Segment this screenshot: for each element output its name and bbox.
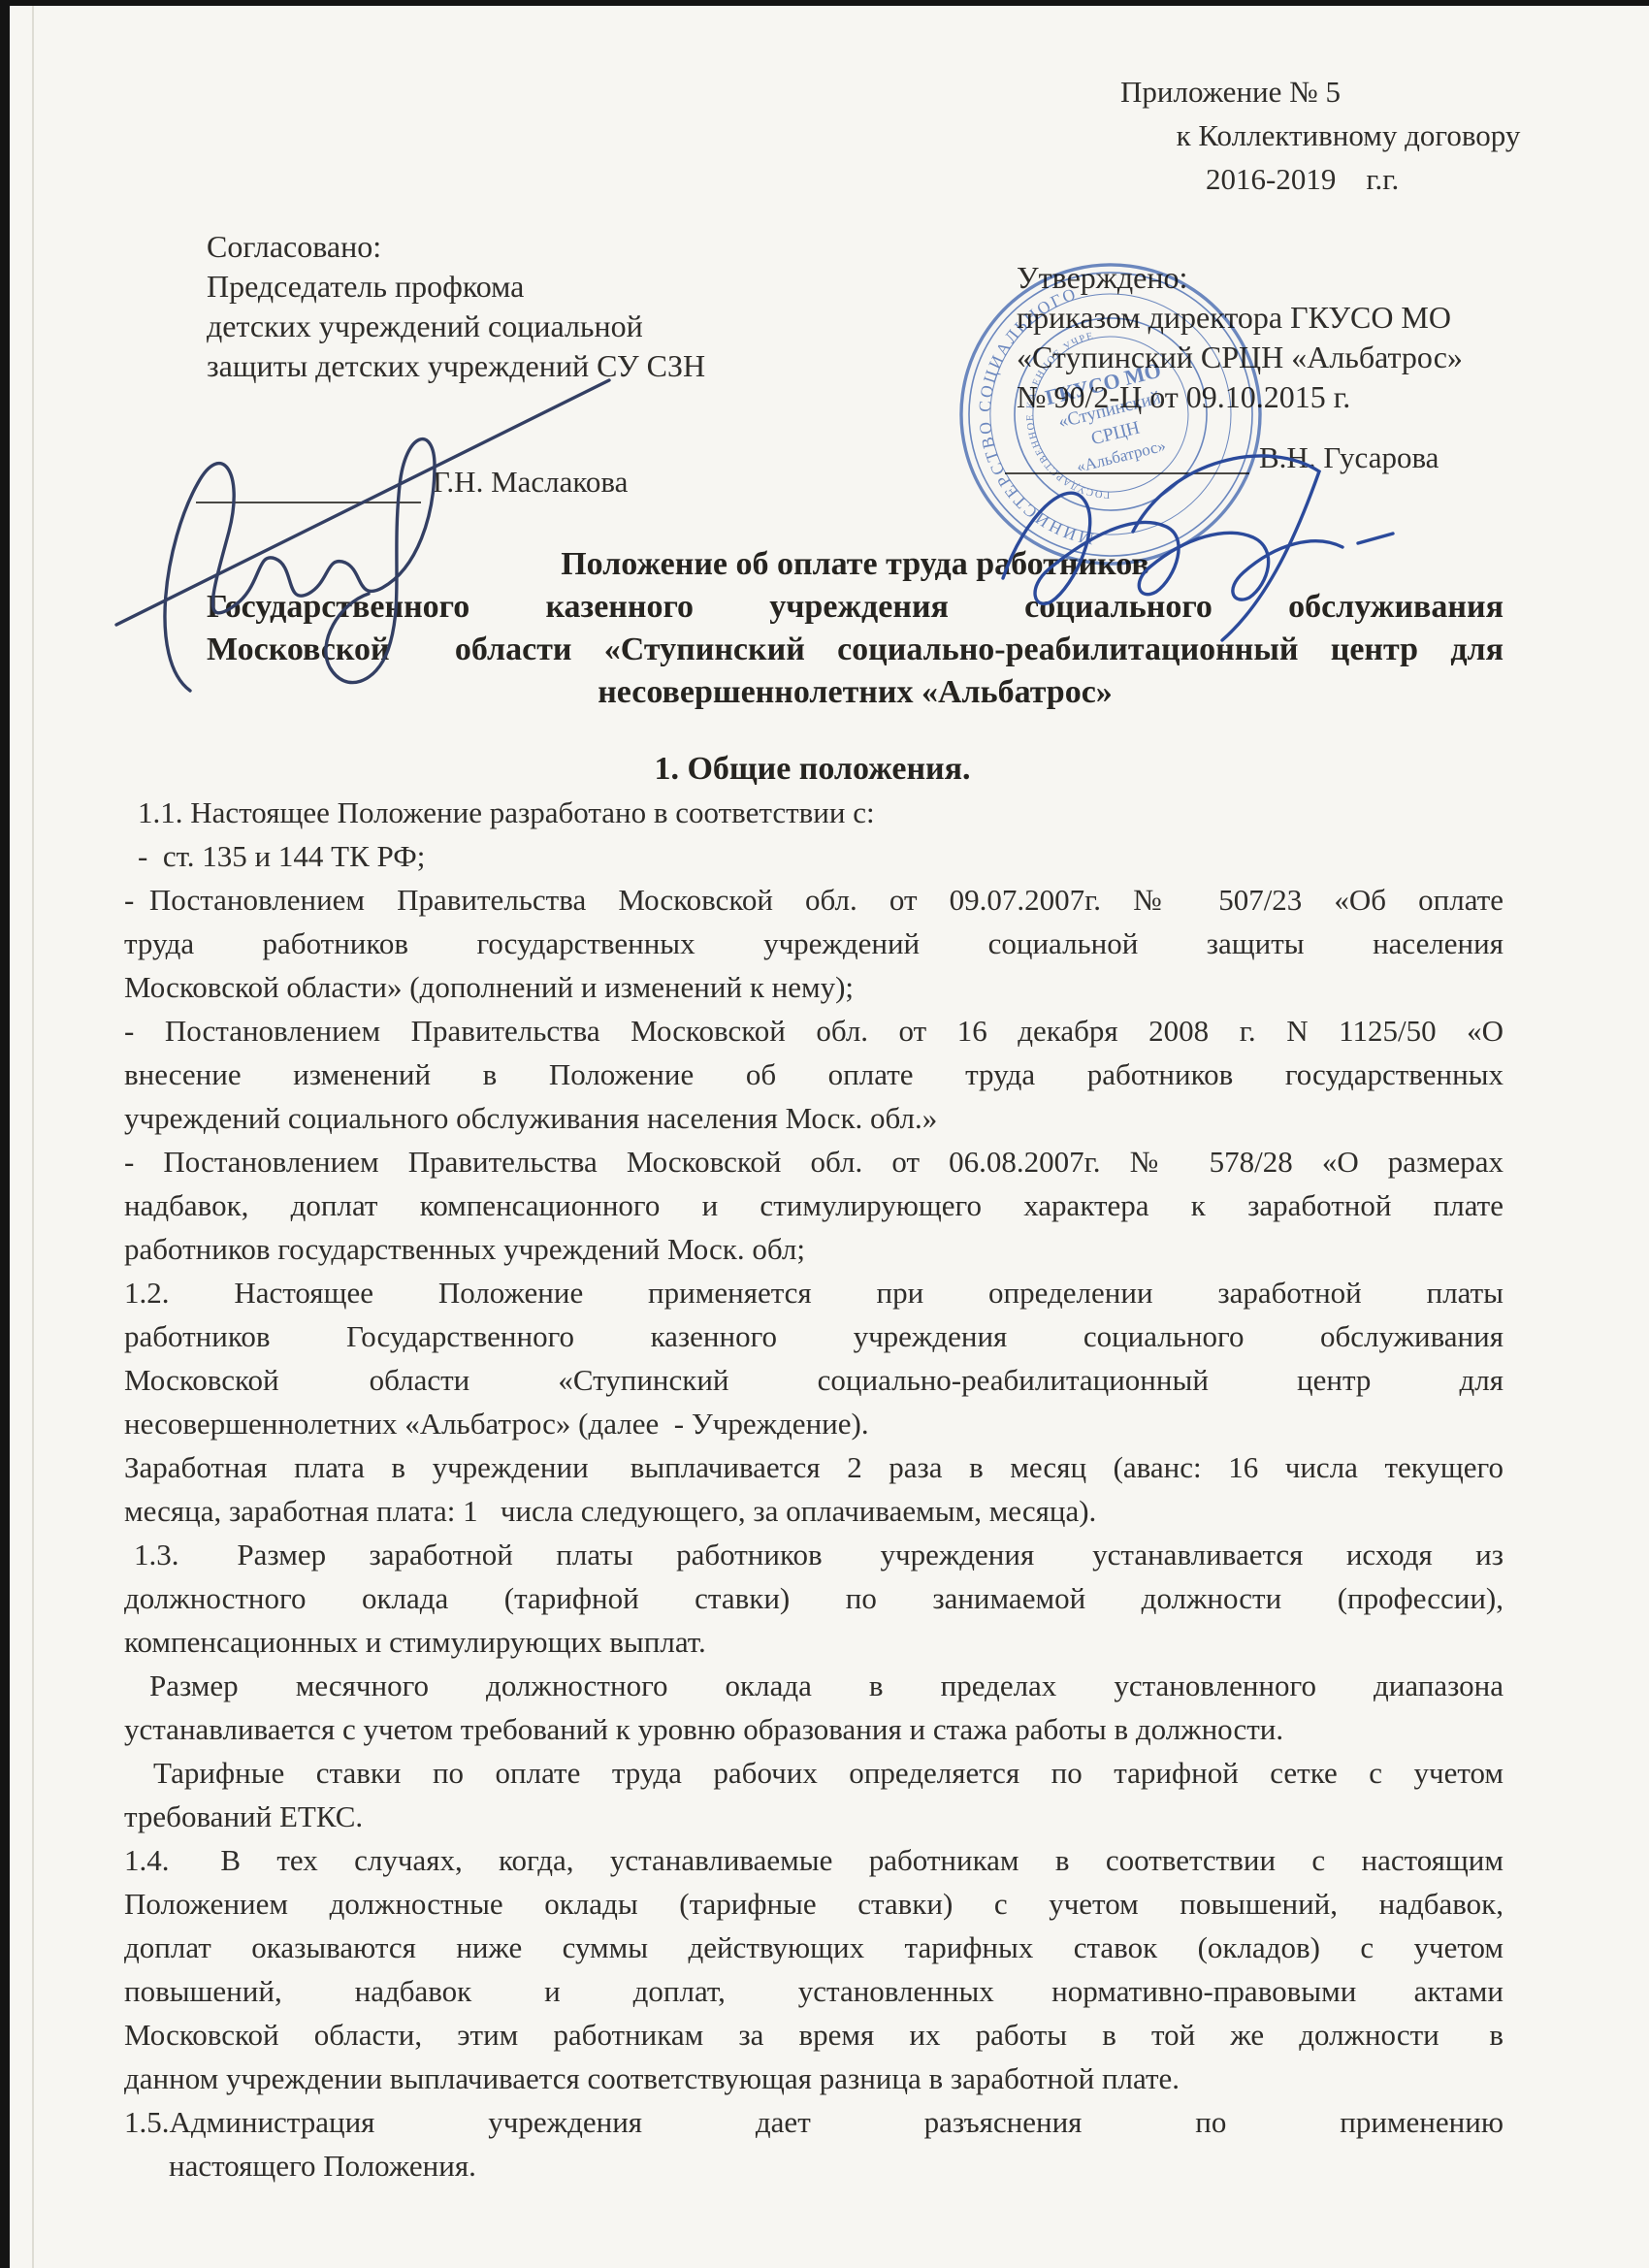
text-line: - Постановлением Правительства Московско… (124, 878, 1503, 922)
appendix-number: Приложение № 5 (1120, 75, 1341, 109)
scan-edge-left (0, 0, 10, 2268)
text-line: доплат оказываются ниже суммы действующи… (124, 1926, 1503, 1969)
text-line: 1.4. В тех случаях, когда, устанавливаем… (124, 1838, 1503, 1882)
text-line: настоящего Положения. (124, 2144, 1503, 2187)
text-line: Московской области» (дополнений и измене… (124, 965, 1503, 1009)
text-line: работников государственных учреждений Мо… (124, 1227, 1503, 1271)
text-line: Тарифные ставки по оплате труда рабочих … (124, 1751, 1503, 1795)
text-line: труда работников государственных учрежде… (124, 922, 1503, 965)
text-line: 1.2. Настоящее Положение применяется при… (124, 1271, 1503, 1314)
text-line: Московской области, этим работникам за в… (124, 2013, 1503, 2057)
section-heading: 1. Общие положения. (124, 747, 1501, 791)
agreed-block: Согласовано:Председатель профкомадетских… (207, 227, 789, 386)
text-line: - Постановлением Правительства Московско… (124, 1009, 1503, 1053)
text-line: 1.3. Размер заработной платы работников … (124, 1533, 1503, 1576)
text-line: Размер месячного должностного оклада в п… (124, 1664, 1503, 1707)
document-page: Приложение № 5 к Коллективному договору … (0, 0, 1649, 2268)
appendix-number-line: Приложение № 5 (1120, 70, 1576, 113)
text-line: детских учреждений социальной (207, 307, 789, 346)
text-line: Заработная плата в учреждении выплачивае… (124, 1445, 1503, 1489)
text-line: данном учреждении выплачивается соответс… (124, 2057, 1503, 2100)
text-line: повышений, надбавок и доплат, установлен… (124, 1969, 1503, 2013)
paper-edge-shadow (32, 6, 34, 2268)
text-line: 1.5.Администрация учреждения дает разъяс… (124, 2100, 1503, 2144)
text-line: работников Государственного казенного уч… (124, 1314, 1503, 1358)
signature-left (109, 371, 637, 696)
text-line: 1.1. Настоящее Положение разработано в с… (124, 791, 1503, 834)
text-line: внесение изменений в Положение об оплате… (124, 1053, 1503, 1096)
appendix-to-agreement: к Коллективному договору (1120, 113, 1576, 157)
text-line: Московской области «Ступинский социально… (124, 1358, 1503, 1402)
text-line: - Постановлением Правительства Московско… (124, 1140, 1503, 1183)
text-line: месяца, заработная плата: 1 числа следую… (124, 1489, 1503, 1533)
text-line: несовершеннолетних «Альбатрос» (далее - … (124, 1402, 1503, 1445)
text-line: компенсационных и стимулирующих выплат. (124, 1620, 1503, 1664)
text-line: устанавливается с учетом требований к ур… (124, 1707, 1503, 1751)
appendix-header: Приложение № 5 к Коллективному договору … (1120, 70, 1576, 201)
document-body: 1.1. Настоящее Положение разработано в с… (124, 791, 1503, 2187)
text-line: Согласовано: (207, 227, 789, 267)
appendix-years: 2016-2019 г.г. (1120, 157, 1576, 201)
text-line: требований ЕТКС. (124, 1795, 1503, 1838)
text-line: надбавок, доплат компенсационного и стим… (124, 1183, 1503, 1227)
text-line: учреждений социального обслуживания насе… (124, 1096, 1503, 1140)
text-line: - ст. 135 и 144 ТК РФ; (124, 834, 1503, 878)
scan-edge-top (0, 0, 1649, 6)
text-line: Председатель профкома (207, 267, 789, 307)
text-line: Положением должностные оклады (тарифные … (124, 1882, 1503, 1926)
text-line: должностного оклада (тарифной ставки) по… (124, 1576, 1503, 1620)
signature-right (978, 415, 1405, 653)
